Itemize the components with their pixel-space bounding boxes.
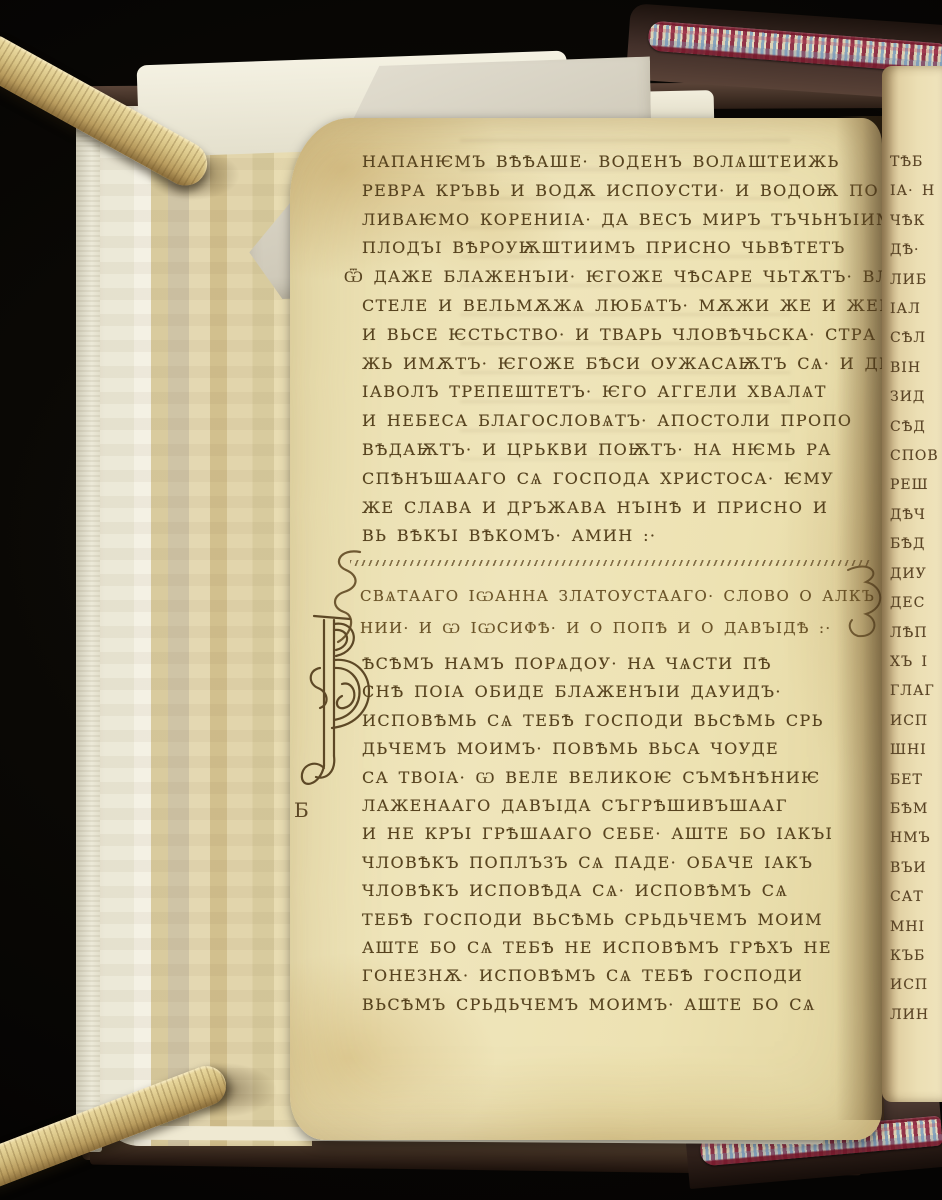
text-line: ИСП (890, 707, 942, 736)
text-line: НИИ· И Ѡ ІѠСИФѢ· И О ПОПѢ И О ДАВЪІДѢ :· (360, 612, 876, 644)
text-line: ЧЛОВѢКЪ ИСПОВѢДА СѦ· ИСПОВѢМЪ СѦ (362, 877, 876, 905)
text-line: БЕТ (890, 766, 942, 795)
text-line: ѢСѢМЪ НАМЪ ПОРѦДОУ· НА ЧѦСТИ ПѢ (362, 650, 876, 678)
text-line: СПОВ (890, 442, 942, 471)
text-line: САТ (890, 883, 942, 912)
text-line: БѢМ (890, 795, 942, 824)
photo-of-open-manuscript: НАПАНѤМЪ ВѢѢАШЕ· ВОДЕНЪ ВОЛѦШТЕИЖЬРЕВРА … (0, 0, 942, 1200)
text-line: ВѢДАѬТЪ· И ЦРЬКВИ ПОѬТЪ· НА НѤМЬ РА (362, 436, 876, 465)
text-line: ДЕС (890, 589, 942, 618)
text-line: ІА· Н (890, 177, 942, 206)
text-line: РЕВРА КРЪВЬ И ВОДѪ ИСПОУСТИ· И ВОДОѬ ПО (362, 177, 876, 206)
text-line: СНѢ ПОІА ОБИДЕ БЛАЖЕНЪІИ ДАУИДЪ· (362, 678, 876, 706)
text-line: ДѢЧ (890, 501, 942, 530)
text-line: ШНІ (890, 736, 942, 765)
text-line: ЖЬ ИМѪТЪ· ѤГОЖЕ БѢСИ ОУЖАСАѬТЪ СѦ· И ДИ (362, 350, 876, 379)
section-divider-squiggle (350, 560, 870, 566)
text-line: СВѦТААГО ІѠАННА ЗЛАТОУСТААГО· СЛОВО О АЛ… (360, 580, 876, 612)
text-line: ЛИВАѤМО КОРЕНИІА· ДА ВЕСЪ МИРЪ ТЪЧЬНЪІИМ (362, 206, 876, 235)
text-line: ТѢБ (890, 148, 942, 177)
text-line: И НЕБЕСА БЛАГОСЛОВѦТЪ· АПОСТОЛИ ПРОПО (362, 407, 876, 436)
text-line: КЪБ (890, 942, 942, 971)
text-line: ВЬСѢМЪ СРЬДЬЧЕМЪ МОИМЪ· АШТЕ БО СѦ (362, 991, 876, 1019)
paragraph-2: ѢСѢМЪ НАМЪ ПОРѦДОУ· НА ЧѦСТИ ПѢСНѢ ПОІА … (362, 650, 876, 1019)
text-line: ЧЛОВѢКЪ ПОПЛЪЗЪ СѦ ПАДЕ· ОБАЧЕ ІАКЪ (362, 849, 876, 877)
text-line: ВЪИ (890, 854, 942, 883)
text-line: ІАВОЛЪ ТРЕПЕШТЕТЪ· ѤГО АГГЕЛИ ХВАЛѦТ (362, 378, 876, 407)
text-line: ГЛАГ (890, 677, 942, 706)
sermon-heading: СВѦТААГО ІѠАННА ЗЛАТОУСТААГО· СЛОВО О АЛ… (360, 580, 876, 644)
decorated-initial-ve (296, 610, 370, 798)
text-line: СѢЛ (890, 324, 942, 353)
paragraph-1: НАПАНѤМЪ ВѢѢАШЕ· ВОДЕНЪ ВОЛѦШТЕИЖЬРЕВРА … (362, 148, 876, 551)
text-line: СПѢНЪШААГО СѦ ГОСПОДА ХРИСТОСА· ѤМУ (362, 465, 876, 494)
text-line: ИСП (890, 971, 942, 1000)
gutter-shadow (836, 116, 884, 1120)
right-page-text-fragments: ТѢБІА· НЧѢКДѢ·ЛИБІАЛСѢЛВІНЗИДСѢДСПОВРЕШД… (890, 148, 942, 1030)
text-line: ЗИД (890, 383, 942, 412)
text-line: ИСПОВѢМЬ СѦ ТЕБѢ ГОСПОДИ ВЬСѢМЬ СРЬ (362, 707, 876, 735)
margin-initial-be: Б (294, 798, 309, 822)
text-line: ПЛОДЪІ ВѢРОУѬШТИИМЪ ПРИСНО ЧЬВѢТЕТЪ (362, 234, 876, 263)
manuscript-left-page: НАПАНѤМЪ ВѢѢАШЕ· ВОДЕНЪ ВОЛѦШТЕИЖЬРЕВРА … (290, 118, 882, 1140)
text-line: ЛИН (890, 1001, 942, 1030)
text-line: Ѿ ДАЖЕ БЛАЖЕНЪІИ· ѤГОЖЕ ЧѢСАРЕ ЧЬТѪТЪ· В… (362, 263, 876, 292)
text-line: И ВЬСЕ ѤСТЬСТВО· И ТВАРЬ ЧЛОВѢЧЬСКА· СТР… (362, 321, 876, 350)
text-line: ВЬ ВѢКЪІ ВѢКОМЪ· АМИН :· (362, 522, 876, 551)
text-line: МНІ (890, 913, 942, 942)
text-line: СѢД (890, 413, 942, 442)
text-line: ЛѢП (890, 619, 942, 648)
text-line: ЖЕ СЛАВА И ДРЪЖАВА НЪІНѢ И ПРИСНО И (362, 494, 876, 523)
text-line: СА ТВОІА· Ѡ ВЕЛЕ ВЕЛИКОѤ СЪМѢНѢНИѤ (362, 764, 876, 792)
text-line: ДИУ (890, 560, 942, 589)
text-line: ІАЛ (890, 295, 942, 324)
text-line: НАПАНѤМЪ ВѢѢАШЕ· ВОДЕНЪ ВОЛѦШТЕИЖЬ (362, 148, 876, 177)
text-line: ГОНЕЗНѪ· ИСПОВѢМЪ СѦ ТЕБѢ ГОСПОДИ (362, 962, 876, 990)
text-line: ДЬЧЕМЪ МОИМЪ· ПОВѢМЬ ВЬСА ЧОУДЕ (362, 735, 876, 763)
text-line: И НЕ КРЪІ ГРѢШААГО СЕБЕ· АШТЕ БО ІАКЪІ (362, 820, 876, 848)
text-line: ЧѢК (890, 207, 942, 236)
text-line: ТЕБѢ ГОСПОДИ ВЬСѢМЬ СРЬДЬЧЕМЪ МОИМ (362, 906, 876, 934)
text-line: СТЕЛЕ И ВЕЛЬМѪЖѦ ЛЮБѦТЪ· МѪЖИ ЖЕ И ЖЕНЪІ (362, 292, 876, 321)
text-line: НМЪ (890, 824, 942, 853)
text-line: ЛАЖЕНААГО ДАВЪІДА СЪГРѢШИВЪШААГ (362, 792, 876, 820)
text-line: ВІН (890, 354, 942, 383)
text-line: ЛИБ (890, 266, 942, 295)
text-line: АШТЕ БО СѦ ТЕБѢ НЕ ИСПОВѢМЪ ГРѢХЪ НЕ (362, 934, 876, 962)
text-line: БѢД (890, 530, 942, 559)
text-line: ХЪ І (890, 648, 942, 677)
manuscript-right-page-sliver: ТѢБІА· НЧѢКДѢ·ЛИБІАЛСѢЛВІНЗИДСѢДСПОВРЕШД… (882, 66, 942, 1102)
text-line: РЕШ (890, 471, 942, 500)
text-line: ДѢ· (890, 236, 942, 265)
fore-edge-paper-block (76, 100, 102, 1152)
